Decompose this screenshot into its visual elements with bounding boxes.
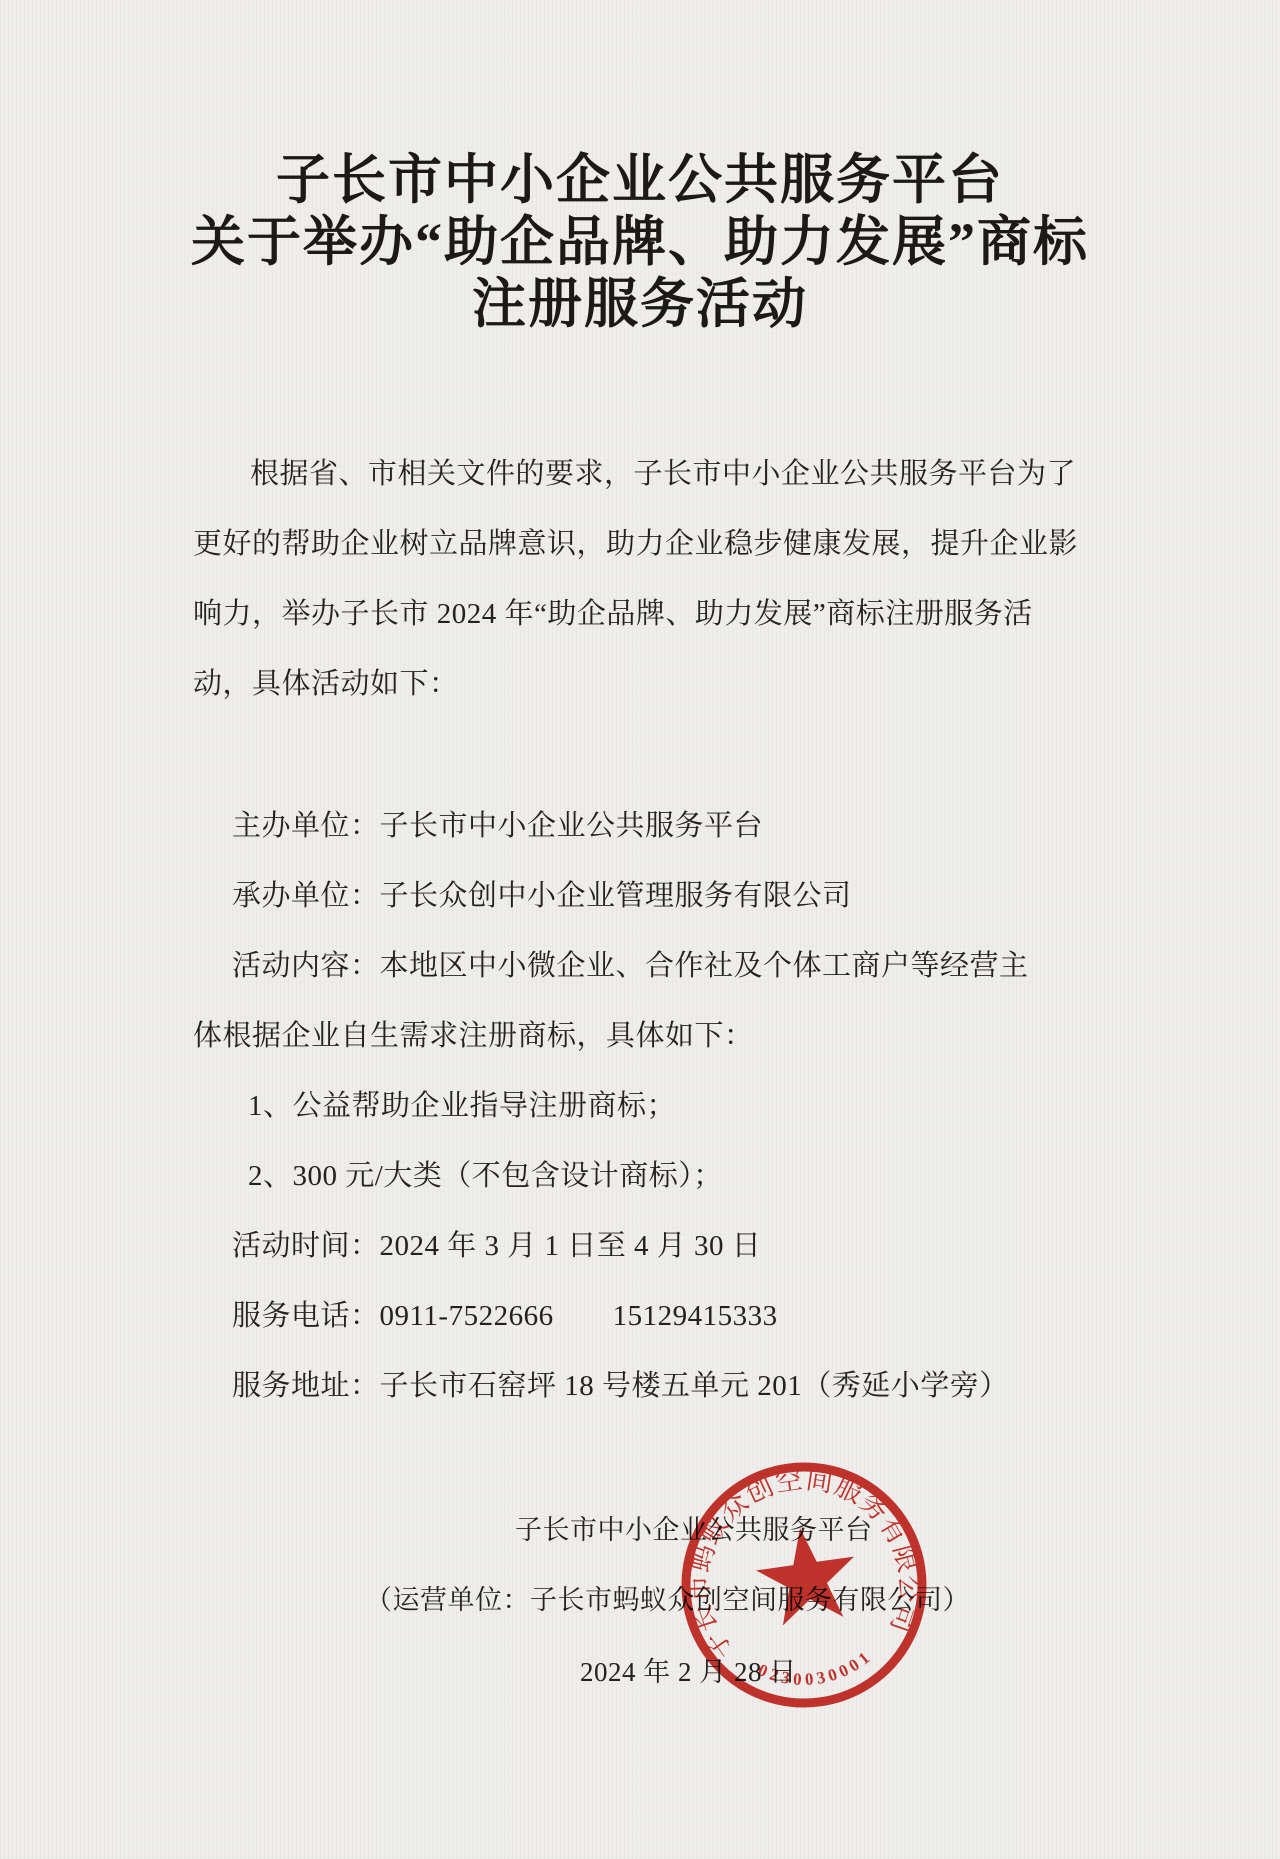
document-title-line-2: 关于举办“助企品牌、助力发展”商标	[0, 211, 1280, 273]
seal-star-icon	[751, 1521, 862, 1628]
document-title-line-3: 注册服务活动	[0, 273, 1280, 335]
body-line: 动，具体活动如下：	[193, 649, 459, 719]
body-line-phone: 服务电话：0911-7522666 15129415333	[232, 1281, 778, 1351]
document-title-line-1: 子长市中小企业公共服务平台	[0, 149, 1280, 211]
body-line-organizer: 承办单位：子长众创中小企业管理服务有限公司	[232, 861, 852, 931]
body-line-item-2: 2、300 元/大类（不包含设计商标）；	[248, 1141, 723, 1211]
body-line-content: 活动内容：本地区中小微企业、合作社及个体工商户等经营主	[232, 931, 1029, 1001]
body-line: 更好的帮助企业树立品牌意识，助力企业稳步健康发展，提升企业影	[193, 509, 1078, 579]
body-line-item-1: 1、公益帮助企业指导注册商标；	[248, 1071, 676, 1141]
body-line-address: 服务地址：子长市石窑坪 18 号楼五单元 201（秀延小学旁）	[232, 1351, 1009, 1421]
scanned-notice-page: 子长市中小企业公共服务平台 关于举办“助企品牌、助力发展”商标 注册服务活动 根…	[0, 0, 1280, 1859]
body-line-time: 活动时间：2024 年 3 月 1 日至 4 月 30 日	[232, 1211, 761, 1281]
official-seal: 子长市蚂蚁众创空间服务有限公司 0230030001	[675, 1452, 933, 1718]
body-line-host: 主办单位：子长市中小企业公共服务平台	[232, 791, 763, 861]
body-line: 响力，举办子长市 2024 年“助企品牌、助力发展”商标注册服务活	[193, 579, 1033, 649]
body-line: 根据省、市相关文件的要求，子长市中小企业公共服务平台为了	[250, 439, 1076, 509]
body-line: 体根据企业自生需求注册商标，具体如下：	[193, 1001, 754, 1071]
document-title: 子长市中小企业公共服务平台 关于举办“助企品牌、助力发展”商标 注册服务活动	[0, 149, 1280, 335]
